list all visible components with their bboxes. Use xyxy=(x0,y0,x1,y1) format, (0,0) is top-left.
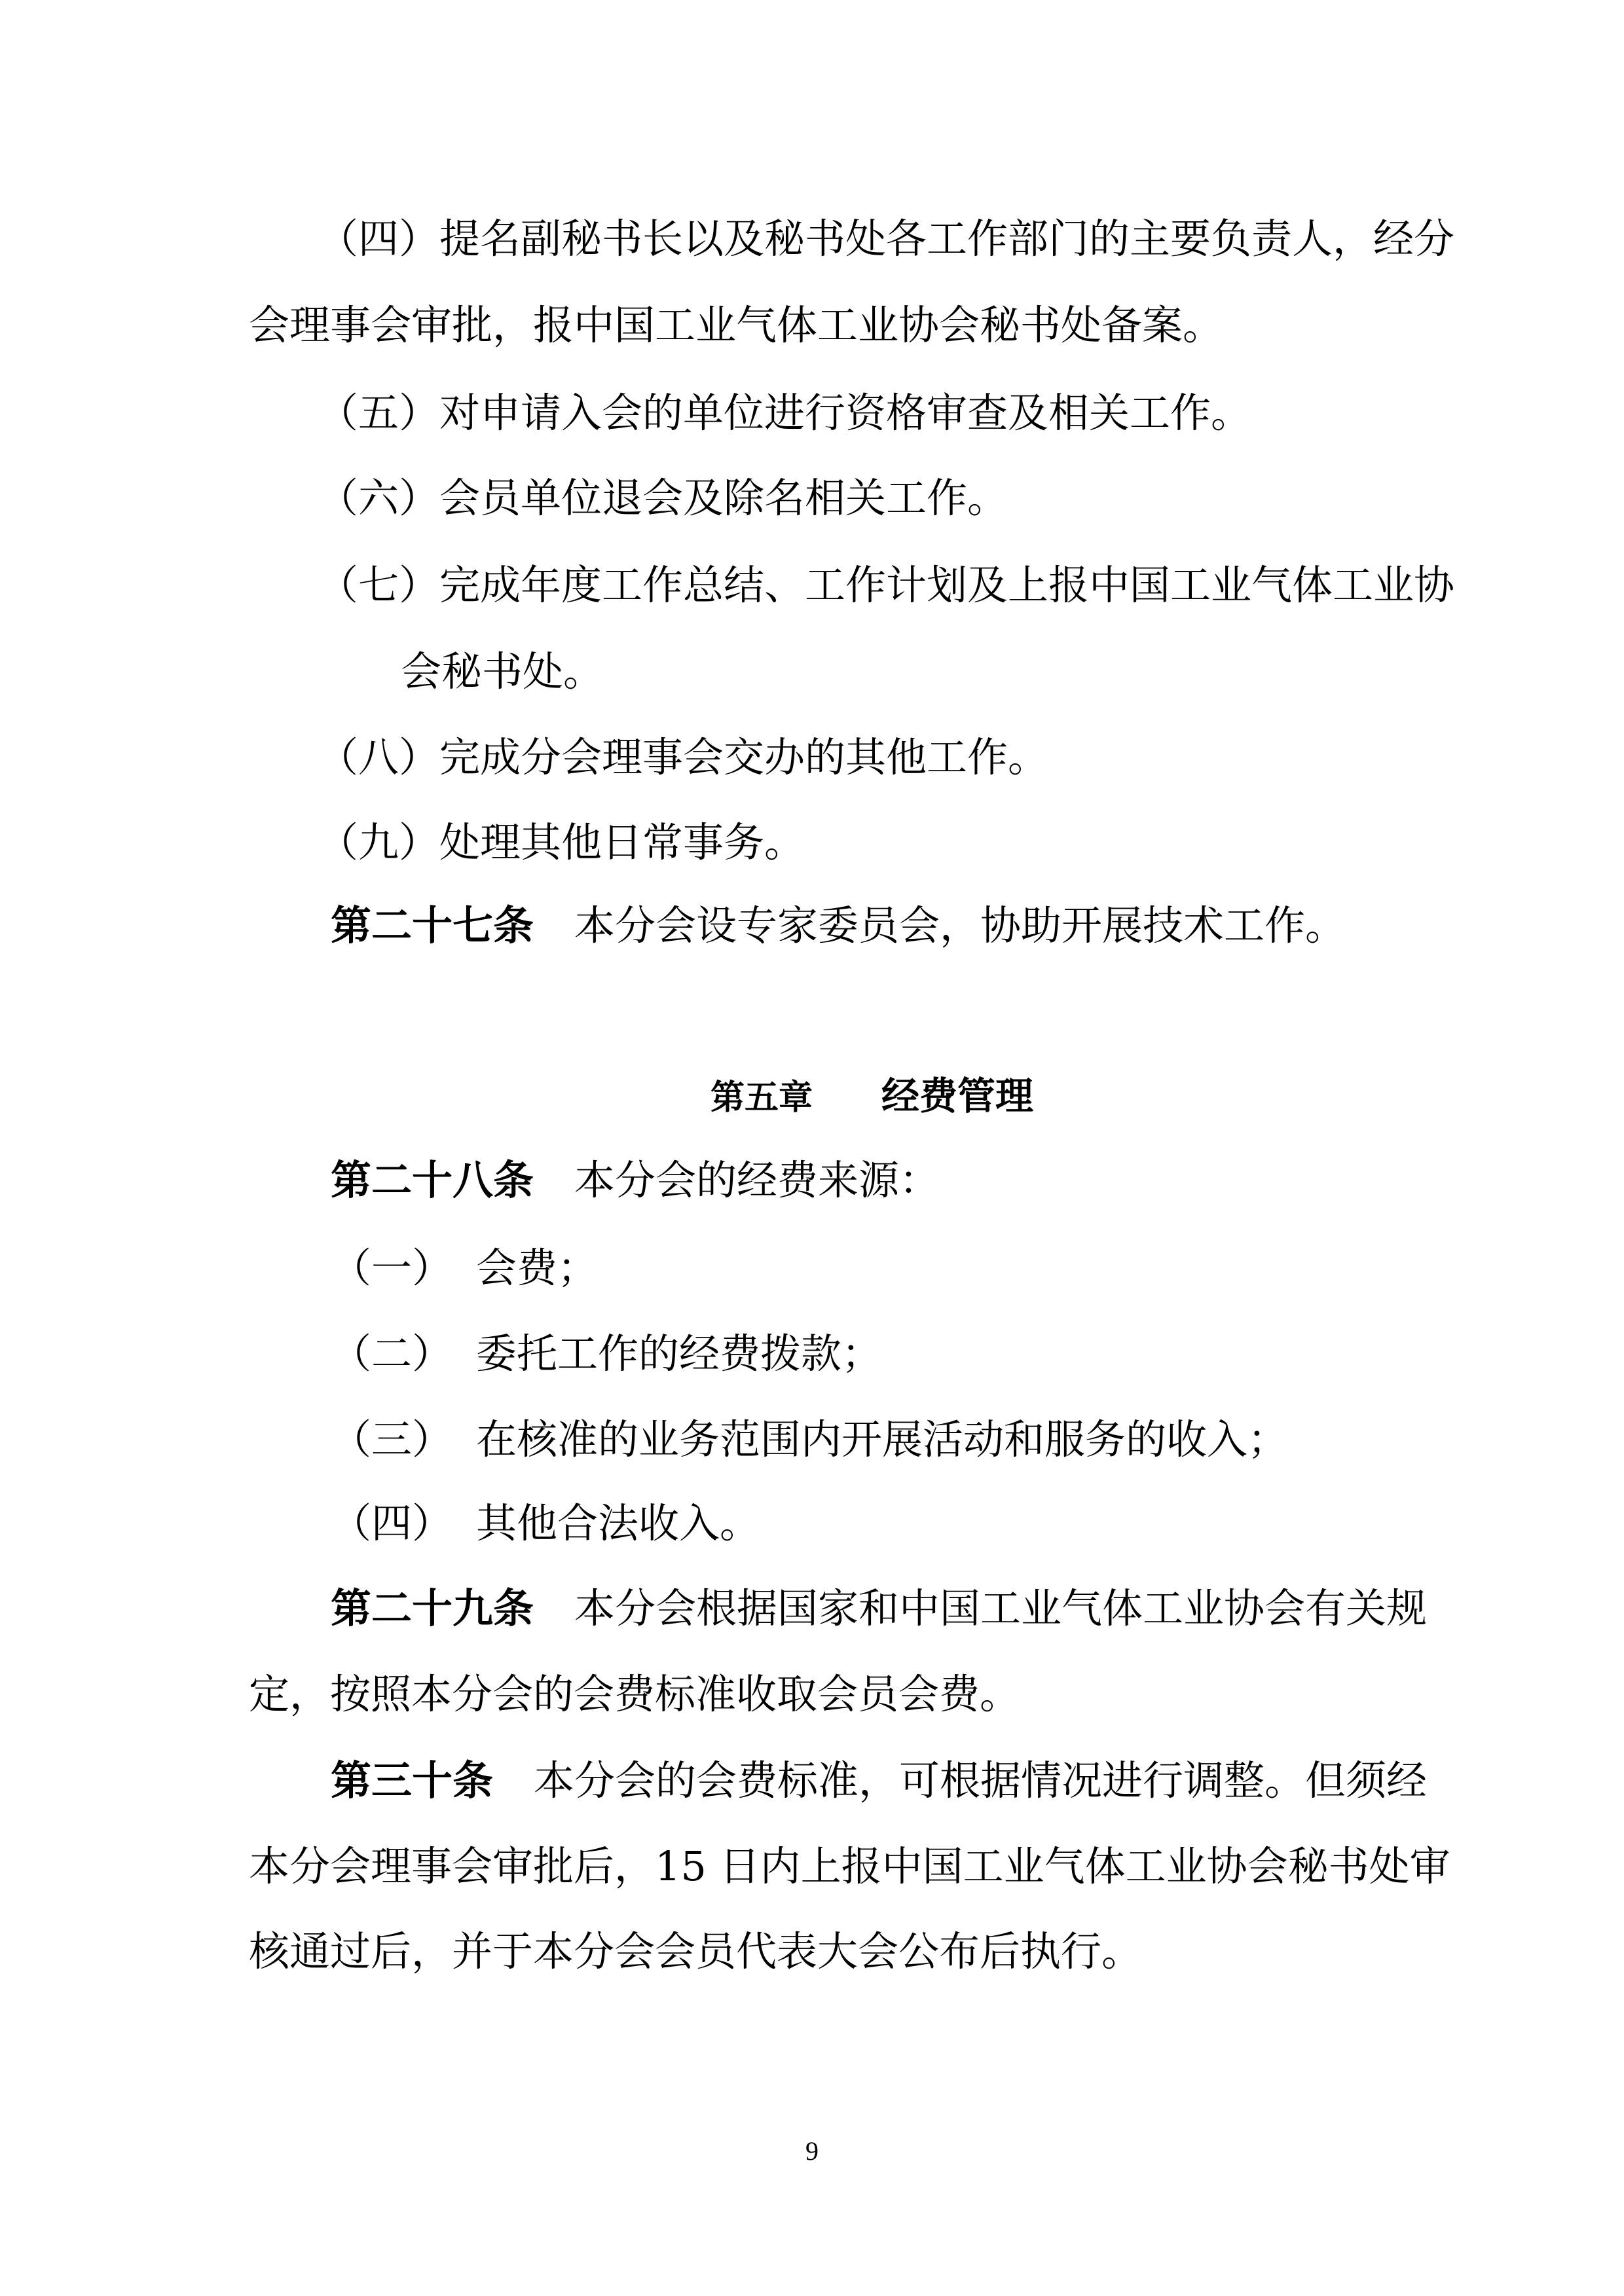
funding-item-3: （三）在核准的业务范围内开展活动和服务的收入； xyxy=(331,1419,1288,1460)
article-heading: 第二十七条 xyxy=(331,902,534,949)
item-label: （六） xyxy=(318,474,439,522)
item-label: （三） xyxy=(331,1415,452,1463)
list-item-9: （九）处理其他日常事务。 xyxy=(318,822,805,863)
funding-item-4: （四）其他合法收入。 xyxy=(331,1503,760,1544)
item-text: 会员单位退会及除名相关工作。 xyxy=(439,474,1008,522)
item-label: （一） xyxy=(331,1244,452,1292)
item-text: 会费； xyxy=(476,1244,598,1292)
chapter-name: 经费管理 xyxy=(881,1074,1033,1118)
item-text: 对申请入会的单位进行资格审查及相关工作。 xyxy=(439,389,1251,437)
article-29: 第二十九条本分会根据国家和中国工业气体工业协会有关规 xyxy=(331,1588,1427,1629)
list-item-4: （四）提名副秘书长以及秘书处各工作部门的主要负责人，经分 xyxy=(318,219,1454,259)
page-number: 9 xyxy=(805,2136,819,2166)
item-label: （九） xyxy=(318,818,439,866)
item-text: 处理其他日常事务。 xyxy=(439,818,805,866)
item-text: 其他合法收入。 xyxy=(476,1499,760,1547)
item-text: 完成分会理事会交办的其他工作。 xyxy=(439,733,1048,781)
list-item-4-cont: 会理事会审批，报中国工业气体工业协会秘书处备案。 xyxy=(249,305,1223,346)
list-item-8: （八）完成分会理事会交办的其他工作。 xyxy=(318,737,1048,778)
funding-item-2: （二）委托工作的经费拨款； xyxy=(331,1334,882,1374)
item-label: （二） xyxy=(331,1330,452,1377)
chapter-title: 第五章经费管理 xyxy=(710,1076,1033,1118)
article-27: 第二十七条本分会设专家委员会，协助开展技术工作。 xyxy=(331,905,1346,946)
item-label: （七） xyxy=(318,561,439,609)
item-label: （四） xyxy=(318,215,439,263)
article-text: 本分会设专家委员会，协助开展技术工作。 xyxy=(574,902,1346,949)
item-text: 委托工作的经费拨款； xyxy=(476,1330,882,1377)
article-text: 本分会的经费来源： xyxy=(574,1156,940,1204)
article-30-cont-2: 核通过后，并于本分会会员代表大会公布后执行。 xyxy=(249,1931,1142,1972)
item-label: （四） xyxy=(331,1499,452,1547)
article-text: 本分会根据国家和中国工业气体工业协会有关规 xyxy=(574,1584,1427,1632)
item-text: 在核准的业务范围内开展活动和服务的收入； xyxy=(476,1415,1288,1463)
article-text: 本分会的会费标准，可根据情况进行调整。但须经 xyxy=(534,1757,1427,1804)
article-heading: 第二十九条 xyxy=(331,1584,534,1632)
item-label: （五） xyxy=(318,389,439,437)
item-text: 提名副秘书长以及秘书处各工作部门的主要负责人，经分 xyxy=(439,215,1454,263)
article-28: 第二十八条本分会的经费来源： xyxy=(331,1160,940,1201)
chapter-number: 第五章 xyxy=(710,1078,813,1118)
item-label: （八） xyxy=(318,733,439,781)
item-text: 完成年度工作总结、工作计划及上报中国工业气体工业协 xyxy=(439,561,1454,609)
list-item-5: （五）对申请入会的单位进行资格审查及相关工作。 xyxy=(318,393,1251,433)
article-30: 第三十条本分会的会费标准，可根据情况进行调整。但须经 xyxy=(331,1760,1427,1801)
funding-item-1: （一）会费； xyxy=(331,1248,598,1288)
article-30-cont-1: 本分会理事会审批后，15 日内上报中国工业气体工业协会秘书处审 xyxy=(249,1846,1450,1887)
list-item-6: （六）会员单位退会及除名相关工作。 xyxy=(318,478,1008,519)
list-item-7-cont: 会秘书处。 xyxy=(401,651,604,692)
article-heading: 第三十条 xyxy=(331,1757,493,1804)
list-item-7: （七）完成年度工作总结、工作计划及上报中国工业气体工业协 xyxy=(318,565,1454,606)
article-heading: 第二十八条 xyxy=(331,1156,534,1204)
article-29-cont: 定，按照本分会的会费标准收取会员会费。 xyxy=(249,1674,1020,1715)
